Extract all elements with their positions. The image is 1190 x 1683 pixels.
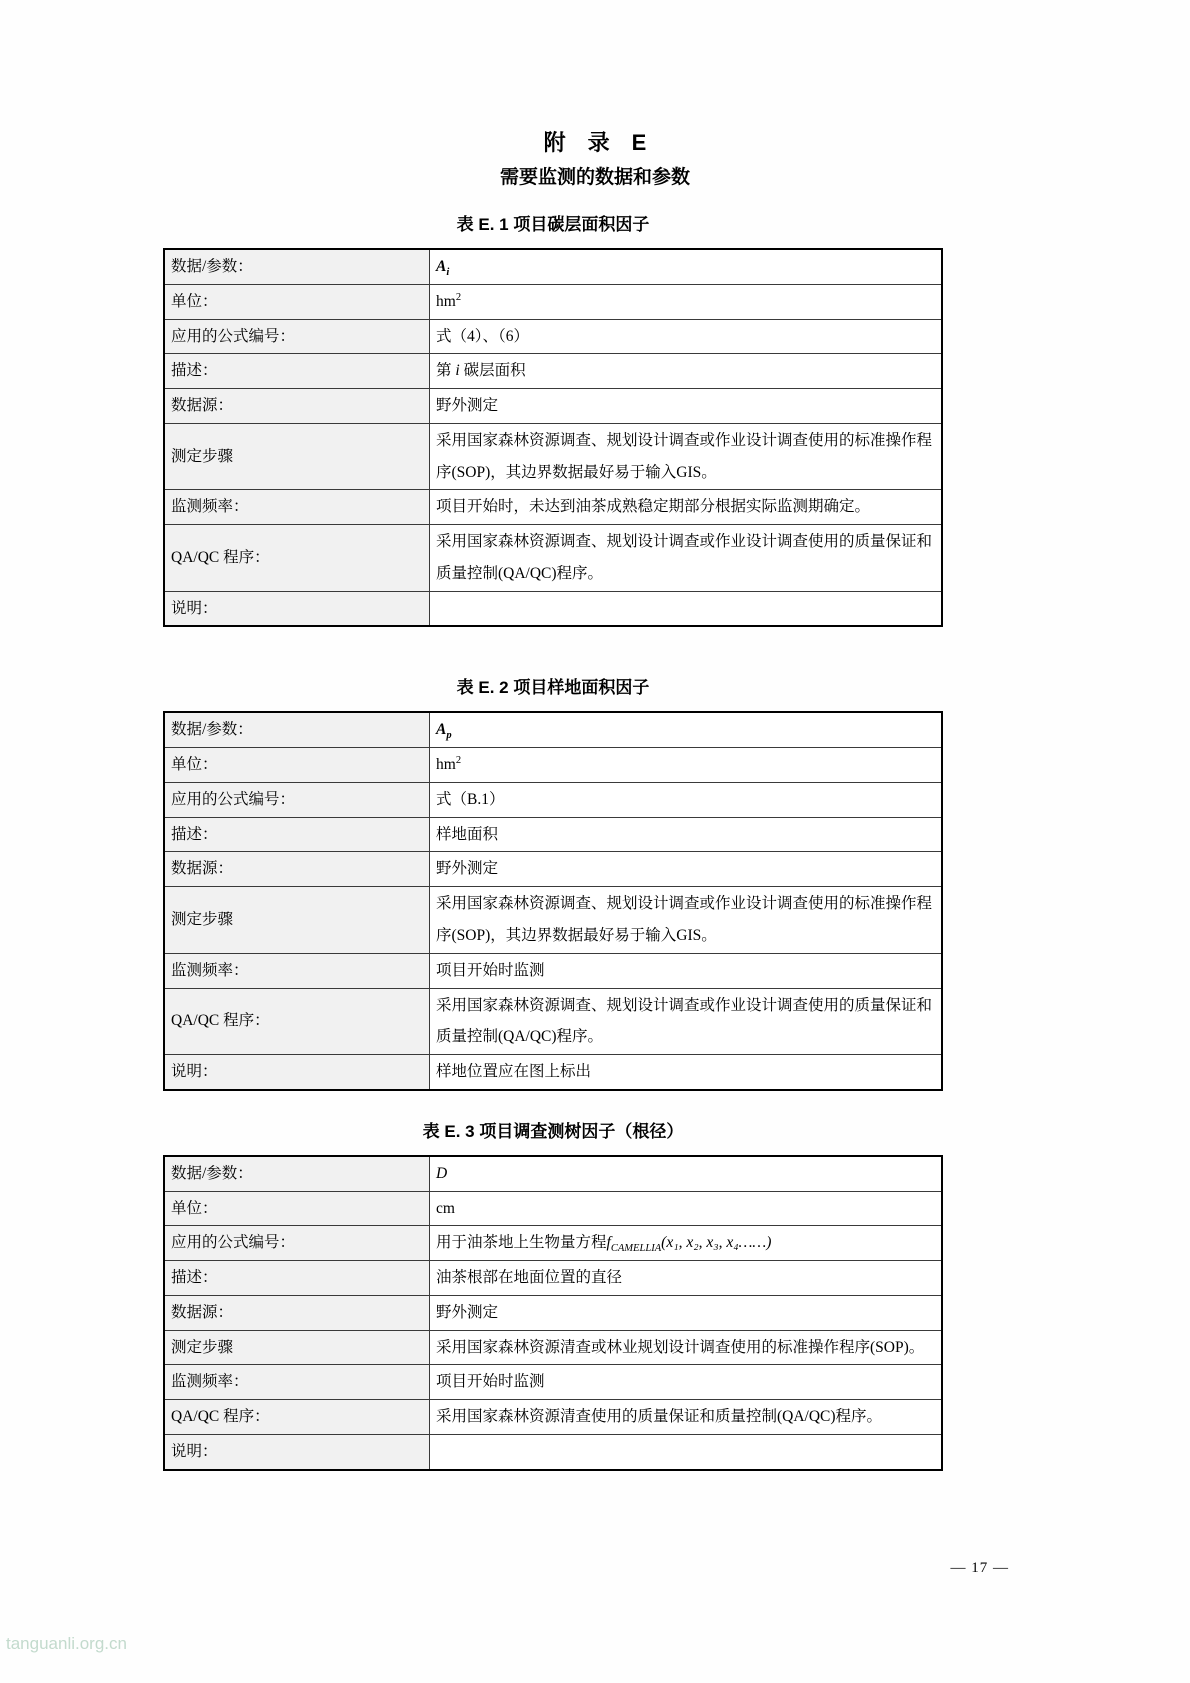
- value-fragment: 采用国家森林资源调查、规划设计调查或作业设计调查使用的标准操作程序(SOP)，其…: [436, 895, 932, 944]
- value-fragment: 第: [436, 362, 455, 379]
- table-row: 数据/参数：Ap: [164, 712, 942, 747]
- row-label: 描述：: [164, 354, 430, 389]
- table-row: 监测频率：项目开始时，未达到油茶成熟稳定期部分根据实际监测期确定。: [164, 490, 942, 525]
- row-label: 应用的公式编号：: [164, 1226, 430, 1261]
- row-value: hm2: [430, 748, 943, 783]
- row-value: 采用国家森林资源调查、规划设计调查或作业设计调查使用的质量保证和质量控制(QA/…: [430, 988, 943, 1055]
- row-value: [430, 591, 943, 626]
- row-value: 采用国家森林资源清查或林业规划设计调查使用的标准操作程序(SOP)。: [430, 1330, 943, 1365]
- value-fragment: 碳层面积: [460, 362, 526, 379]
- table-row: 单位：hm2: [164, 748, 942, 783]
- value-fragment: 用于油茶地上生物量方程: [436, 1234, 607, 1251]
- row-label: 应用的公式编号：: [164, 319, 430, 354]
- row-label: 测定步骤: [164, 887, 430, 954]
- table-e1-section: 表 E. 1 项目碳层面积因子 数据/参数：Ai单位：hm2应用的公式编号：式（…: [163, 214, 943, 627]
- value-fragment: 式（4）、（6）: [436, 328, 529, 345]
- row-value: [430, 1434, 943, 1469]
- row-value: 采用国家森林资源调查、规划设计调查或作业设计调查使用的标准操作程序(SOP)，其…: [430, 887, 943, 954]
- row-label: 数据/参数：: [164, 712, 430, 747]
- table-row: QA/QC 程序：采用国家森林资源清查使用的质量保证和质量控制(QA/QC)程序…: [164, 1400, 942, 1435]
- value-fragment: 2: [456, 755, 461, 766]
- value-fragment: 样地位置应在图上标出: [436, 1063, 591, 1080]
- row-label: 单位：: [164, 1191, 430, 1226]
- value-fragment: 采用国家森林资源清查或林业规划设计调查使用的标准操作程序(SOP)。: [436, 1339, 924, 1356]
- row-label: QA/QC 程序：: [164, 988, 430, 1055]
- value-fragment: D: [436, 1165, 447, 1182]
- value-fragment: A: [436, 721, 446, 738]
- row-label: 监测频率：: [164, 953, 430, 988]
- table-e1: 数据/参数：Ai单位：hm2应用的公式编号：式（4）、（6）描述：第 i 碳层面…: [163, 248, 943, 627]
- row-label: 应用的公式编号：: [164, 782, 430, 817]
- row-value: 采用国家森林资源调查、规划设计调查或作业设计调查使用的质量保证和质量控制(QA/…: [430, 525, 943, 592]
- row-value: 油茶根部在地面位置的直径: [430, 1261, 943, 1296]
- table-row: 测定步骤采用国家森林资源调查、规划设计调查或作业设计调查使用的标准操作程序(SO…: [164, 423, 942, 490]
- table-e2-section: 表 E. 2 项目样地面积因子 数据/参数：Ap单位：hm2应用的公式编号：式（…: [163, 677, 943, 1090]
- table-row: 监测频率：项目开始时监测: [164, 953, 942, 988]
- table-row: 单位：hm2: [164, 284, 942, 319]
- value-fragment: hm: [436, 293, 456, 310]
- value-fragment: 项目开始时监测: [436, 962, 545, 979]
- table-row: 描述：油茶根部在地面位置的直径: [164, 1261, 942, 1296]
- row-label: QA/QC 程序：: [164, 525, 430, 592]
- row-value: 样地面积: [430, 817, 943, 852]
- table-e3-caption: 表 E. 3 项目调查测树因子（根径）: [163, 1121, 943, 1143]
- value-fragment: 样地面积: [436, 826, 498, 843]
- table-row: 说明：样地位置应在图上标出: [164, 1055, 942, 1090]
- table-row: 说明：: [164, 1434, 942, 1469]
- table-row: 应用的公式编号：式（4）、（6）: [164, 319, 942, 354]
- value-fragment: p: [446, 731, 451, 742]
- row-value: 项目开始时监测: [430, 1365, 943, 1400]
- value-fragment: 2: [456, 292, 461, 303]
- row-label: 单位：: [164, 284, 430, 319]
- row-label: 数据源：: [164, 852, 430, 887]
- row-value: 野外测定: [430, 389, 943, 424]
- appendix-title: 附 录 E: [0, 0, 1190, 156]
- table-row: 数据/参数：D: [164, 1156, 942, 1191]
- row-label: 描述：: [164, 817, 430, 852]
- table-e2-caption: 表 E. 2 项目样地面积因子: [163, 677, 943, 699]
- row-label: 数据/参数：: [164, 1156, 430, 1191]
- row-value: cm: [430, 1191, 943, 1226]
- table-row: 说明：: [164, 591, 942, 626]
- value-fragment: 野外测定: [436, 397, 498, 414]
- table-row: 数据源：野外测定: [164, 389, 942, 424]
- row-label: 描述：: [164, 1261, 430, 1296]
- table-row: 应用的公式编号：用于油茶地上生物量方程fCAMELLIA(x₁, x₂, x₃,…: [164, 1226, 942, 1261]
- row-label: 数据源：: [164, 389, 430, 424]
- page-number: — 17 —: [951, 1560, 1010, 1577]
- value-fragment: 采用国家森林资源清查使用的质量保证和质量控制(QA/QC)程序。: [436, 1408, 882, 1425]
- row-label: 监测频率：: [164, 490, 430, 525]
- value-fragment: CAMELLIA: [611, 1243, 661, 1254]
- table-row: QA/QC 程序：采用国家森林资源调查、规划设计调查或作业设计调查使用的质量保证…: [164, 988, 942, 1055]
- row-label: 数据/参数：: [164, 249, 430, 284]
- table-e2: 数据/参数：Ap单位：hm2应用的公式编号：式（B.1）描述：样地面积数据源：野…: [163, 711, 943, 1090]
- value-fragment: cm: [436, 1200, 455, 1217]
- row-value: 采用国家森林资源清查使用的质量保证和质量控制(QA/QC)程序。: [430, 1400, 943, 1435]
- table-row: 描述：第 i 碳层面积: [164, 354, 942, 389]
- table-row: 测定步骤采用国家森林资源调查、规划设计调查或作业设计调查使用的标准操作程序(SO…: [164, 887, 942, 954]
- row-value: 第 i 碳层面积: [430, 354, 943, 389]
- row-value: 野外测定: [430, 852, 943, 887]
- row-label: QA/QC 程序：: [164, 1400, 430, 1435]
- value-fragment: A: [436, 258, 446, 275]
- value-fragment: 油茶根部在地面位置的直径: [436, 1269, 622, 1286]
- row-label: 说明：: [164, 1434, 430, 1469]
- table-row: 监测频率：项目开始时监测: [164, 1365, 942, 1400]
- table-row: 数据/参数：Ai: [164, 249, 942, 284]
- table-row: QA/QC 程序：采用国家森林资源调查、规划设计调查或作业设计调查使用的质量保证…: [164, 525, 942, 592]
- value-fragment: 野外测定: [436, 1304, 498, 1321]
- value-fragment: 式（B.1）: [436, 791, 504, 808]
- value-fragment: i: [446, 267, 449, 278]
- row-label: 测定步骤: [164, 1330, 430, 1365]
- row-value: hm2: [430, 284, 943, 319]
- row-value: 式（4）、（6）: [430, 319, 943, 354]
- row-label: 说明：: [164, 591, 430, 626]
- row-value: 野外测定: [430, 1295, 943, 1330]
- value-fragment: 野外测定: [436, 860, 498, 877]
- row-value: D: [430, 1156, 943, 1191]
- value-fragment: 项目开始时监测: [436, 1373, 545, 1390]
- row-label: 数据源：: [164, 1295, 430, 1330]
- document-page: 附 录 E 需要监测的数据和参数 表 E. 1 项目碳层面积因子 数据/参数：A…: [0, 0, 1190, 1683]
- table-row: 数据源：野外测定: [164, 1295, 942, 1330]
- table-e1-caption: 表 E. 1 项目碳层面积因子: [163, 214, 943, 236]
- table-row: 数据源：野外测定: [164, 852, 942, 887]
- row-value: 项目开始时，未达到油茶成熟稳定期部分根据实际监测期确定。: [430, 490, 943, 525]
- watermark: tanguanli.org.cn: [6, 1634, 127, 1654]
- row-label: 监测频率：: [164, 1365, 430, 1400]
- row-value: Ap: [430, 712, 943, 747]
- row-value: 式（B.1）: [430, 782, 943, 817]
- table-row: 应用的公式编号：式（B.1）: [164, 782, 942, 817]
- table-row: 单位：cm: [164, 1191, 942, 1226]
- table-e3-section: 表 E. 3 项目调查测树因子（根径） 数据/参数：D单位：cm应用的公式编号：…: [163, 1121, 943, 1471]
- row-value: Ai: [430, 249, 943, 284]
- table-row: 描述：样地面积: [164, 817, 942, 852]
- row-label: 测定步骤: [164, 423, 430, 490]
- appendix-subtitle: 需要监测的数据和参数: [0, 166, 1190, 190]
- table-row: 测定步骤采用国家森林资源清查或林业规划设计调查使用的标准操作程序(SOP)。: [164, 1330, 942, 1365]
- value-fragment: hm: [436, 756, 456, 773]
- table-e3: 数据/参数：D单位：cm应用的公式编号：用于油茶地上生物量方程fCAMELLIA…: [163, 1155, 943, 1471]
- value-fragment: 采用国家森林资源调查、规划设计调查或作业设计调查使用的质量保证和质量控制(QA/…: [436, 997, 932, 1046]
- value-fragment: 采用国家森林资源调查、规划设计调查或作业设计调查使用的标准操作程序(SOP)，其…: [436, 432, 932, 481]
- value-fragment: 项目开始时，未达到油茶成熟稳定期部分根据实际监测期确定。: [436, 498, 870, 515]
- value-fragment: 采用国家森林资源调查、规划设计调查或作业设计调查使用的质量保证和质量控制(QA/…: [436, 533, 932, 582]
- row-value: 用于油茶地上生物量方程fCAMELLIA(x₁, x₂, x₃, x₄……): [430, 1226, 943, 1261]
- row-label: 说明：: [164, 1055, 430, 1090]
- row-value: 样地位置应在图上标出: [430, 1055, 943, 1090]
- row-value: 项目开始时监测: [430, 953, 943, 988]
- row-label: 单位：: [164, 748, 430, 783]
- row-value: 采用国家森林资源调查、规划设计调查或作业设计调查使用的标准操作程序(SOP)，其…: [430, 423, 943, 490]
- value-fragment: (x₁, x₂, x₃, x₄……): [661, 1234, 771, 1251]
